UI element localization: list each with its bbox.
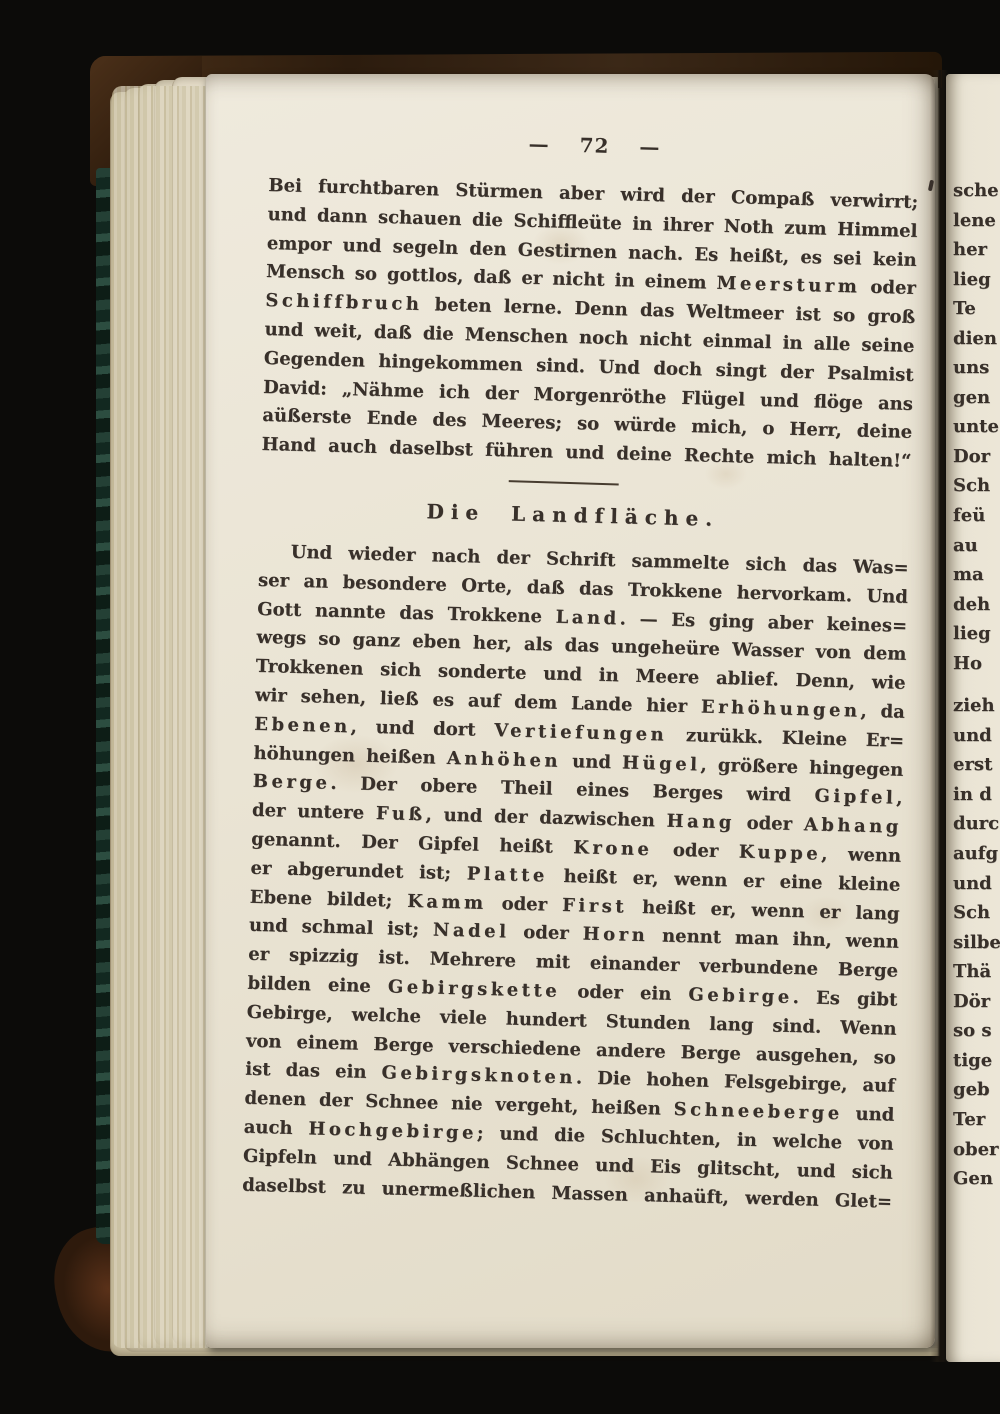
page-number-value: 72 [579, 132, 610, 159]
text-fragment: tige [953, 1046, 1000, 1076]
text-fragment: aufg [953, 839, 1000, 869]
emphasized-term: First [562, 894, 628, 917]
text-fragment: Te [953, 294, 1000, 324]
text-fragment: lieg [953, 619, 1000, 649]
paragraph-sea-storms: Bei furchtbaren Stürmen aber wird der Co… [261, 172, 918, 477]
emphasized-term: Kamm [407, 890, 487, 913]
emphasized-term: Meersturm [716, 273, 860, 298]
paragraph-die-landflaeche: Und wieder nach der Schrift sammelte sic… [242, 538, 909, 1217]
page-stack-fore-edge [112, 86, 208, 1348]
right-page-edge: scheleneherliegTedienunsgenunteDorSchfeü… [946, 74, 1000, 1362]
emphasized-term: Berge [253, 771, 331, 794]
emphasized-term: Ebenen [254, 714, 351, 738]
page-number: — 72 — [269, 124, 919, 167]
emphasized-term: Land [555, 606, 620, 629]
emphasized-term: Krone [573, 837, 653, 860]
text-fragment: lene [953, 206, 1000, 236]
text-fragment: her [953, 235, 1000, 265]
text-fragment: Thä [953, 957, 1000, 987]
emphasized-term: Abhang [804, 814, 903, 838]
emphasized-term: Erhöhungen [701, 696, 861, 721]
emphasized-term: Hügel [622, 752, 701, 775]
emphasized-term: Vertiefungen [494, 720, 667, 746]
text-fragment: Ho [953, 649, 1000, 679]
section-divider [509, 480, 619, 485]
text-fragment: Dör [953, 987, 1000, 1017]
text-fragment: silbe [953, 928, 1000, 958]
emphasized-term: Gebirgsknoten [381, 1063, 576, 1089]
emphasized-term: Hochgebirge [308, 1118, 477, 1143]
text-fragment: Sch [953, 471, 1000, 501]
emphasized-term: Kuppe [739, 841, 822, 864]
text-fragment: unte [953, 412, 1000, 442]
text-fragment: gen [953, 383, 1000, 413]
page-number-dash-right: — [639, 134, 661, 161]
text-fragment: Ter [953, 1105, 1000, 1135]
text-fragment: zieh [953, 691, 1000, 721]
text-fragment: Dor [953, 442, 1000, 472]
text-fragment: au [953, 531, 1000, 561]
emphasized-term: Fuß [376, 803, 426, 825]
right-page-text-fragments: scheleneherliegTedienunsgenunteDorSchfeü… [953, 176, 1000, 1194]
text-fragment: deh [953, 590, 1000, 620]
text-fragment: Gen [953, 1164, 1000, 1194]
text-fragment [953, 678, 1000, 691]
book-scan-photo: { "colors":{ "background":"#0c0b09", "pa… [0, 0, 1000, 1414]
text-fragment: dien [953, 324, 1000, 354]
emphasized-term: Nadel [433, 920, 510, 943]
section-heading: Die Landfläche. [248, 492, 899, 539]
text-fragment: und [953, 869, 1000, 899]
left-page: — 72 — Bei furchtbaren Stürmen aber wird… [206, 74, 935, 1348]
text-fragment: erst [953, 750, 1000, 780]
text-fragment: geb [953, 1075, 1000, 1105]
text-fragment: in d [953, 780, 1000, 810]
page-text-block: — 72 — Bei furchtbaren Stürmen aber wird… [242, 124, 920, 1217]
text-fragment: so s [953, 1016, 1000, 1046]
text-fragment: durc [953, 809, 1000, 839]
emphasized-term: Platte [466, 863, 548, 886]
emphasized-term: Gipfel [814, 786, 896, 809]
text-fragment: lieg [953, 265, 1000, 295]
emphasized-term: Hang [666, 811, 735, 834]
text-fragment: Sch [953, 898, 1000, 928]
emphasized-term: Gebirgskette [388, 976, 561, 1002]
emphasized-term: Schiffbruch [265, 290, 423, 315]
emphasized-term: Horn [582, 924, 648, 947]
page-number-dash-left: — [528, 131, 550, 158]
emphasized-term: Gebirge [688, 984, 793, 1008]
text-fragment: uns [953, 353, 1000, 383]
text-fragment: ma [953, 560, 1000, 590]
text-fragment: und [953, 721, 1000, 751]
text-fragment: sche [953, 176, 1000, 206]
text-fragment: feü [953, 501, 1000, 531]
emphasized-term: Anhöhen [447, 747, 562, 771]
text-fragment: ober [953, 1135, 1000, 1165]
emphasized-term: Schneeberge [673, 1099, 843, 1124]
